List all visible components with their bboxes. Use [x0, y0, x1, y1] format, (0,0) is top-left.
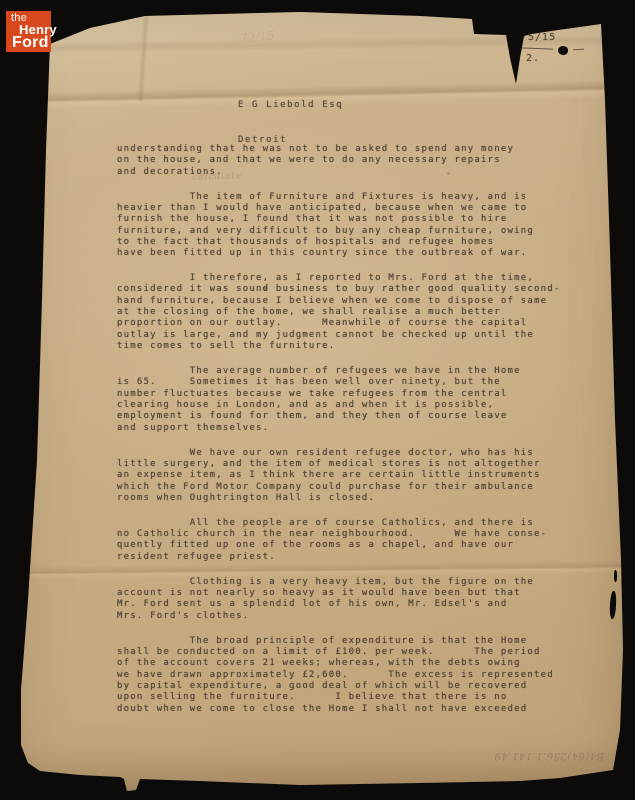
logo-word-ford: Ford	[12, 34, 49, 52]
letter-body: understanding that he was not to be aske…	[117, 144, 567, 728]
torn-slit-right-edge	[609, 591, 616, 619]
faint-pencil-mark: 72/15	[239, 29, 275, 46]
date-notation: /5/15	[521, 32, 556, 43]
letter-paragraph: I therefore, as I reported to Mrs. Ford …	[117, 273, 567, 352]
letter-paragraph: The broad principle of expenditure is th…	[117, 636, 567, 715]
page-number: 2.	[526, 53, 540, 64]
date-underline-stroke	[520, 47, 553, 49]
date-dash-stroke	[573, 49, 584, 51]
letter-paragraph: Clothing is a very heavy item, but the f…	[117, 577, 567, 622]
letter-page: /5/15 2. E G Liebold Esq Detroit 72/15 c…	[0, 0, 635, 800]
henry-ford-logo: the Henry Ford	[6, 11, 51, 52]
vertical-crease	[137, 13, 150, 101]
letter-paragraph: All the people are of course Catholics, …	[117, 518, 567, 563]
scan-background: /5/15 2. E G Liebold Esq Detroit 72/15 c…	[0, 0, 635, 800]
handwritten-accession-number: B4(64)256.1.141.49	[494, 750, 604, 761]
letter-paragraph: understanding that he was not to be aske…	[117, 144, 567, 178]
paper-hole	[557, 45, 569, 56]
letter-paragraph: We have our own resident refugee doctor,…	[117, 448, 567, 505]
letter-paragraph: The item of Furniture and Fixtures is he…	[117, 192, 567, 260]
torn-tick-right-edge	[614, 570, 617, 582]
letter-paragraph: The average number of refugees we have i…	[117, 366, 567, 434]
addressee-name: E G Liebold Esq	[238, 100, 343, 112]
